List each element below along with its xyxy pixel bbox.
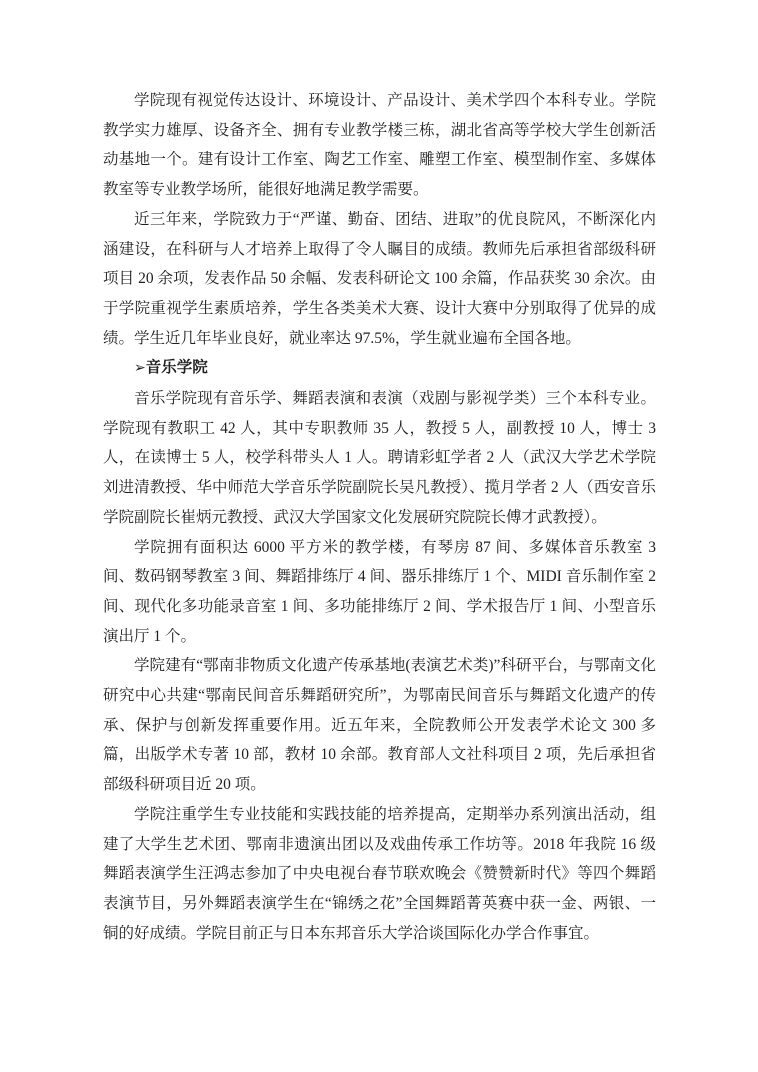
paragraph-music-college-research: 学院建有“鄂南非物质文化遗产传承基地(表演艺术类)”科研平台，与鄂南文化研究中心…	[103, 651, 656, 800]
paragraph-music-college-faculty: 音乐学院现有音乐学、舞蹈表演和表演（戏剧与影视学类）三个本科专业。学院现有教职工…	[103, 384, 656, 533]
paragraph-music-college-facilities: 学院拥有面积达 6000 平方米的教学楼，有琴房 87 间、多媒体音乐教室 3 …	[103, 533, 656, 652]
paragraph-music-college-students: 学院注重学生专业技能和实践技能的培养提高，定期举办系列演出活动，组建了大学生艺术…	[103, 800, 656, 949]
paragraph-art-college-achievements: 近三年来，学院致力于“严谨、勤奋、团结、进取”的优良院风，不断深化内涵建设，在科…	[103, 205, 656, 354]
section-heading-music-college: ➢音乐学院	[103, 353, 656, 384]
section-heading-text: 音乐学院	[146, 359, 208, 376]
paragraph-art-college-programs: 学院现有视觉传达设计、环境设计、产品设计、美术学四个本科专业。学院教学实力雄厚、…	[103, 86, 656, 205]
arrow-bullet-icon: ➢	[134, 360, 146, 376]
document-page: 学院现有视觉传达设计、环境设计、产品设计、美术学四个本科专业。学院教学实力雄厚、…	[0, 0, 758, 1072]
